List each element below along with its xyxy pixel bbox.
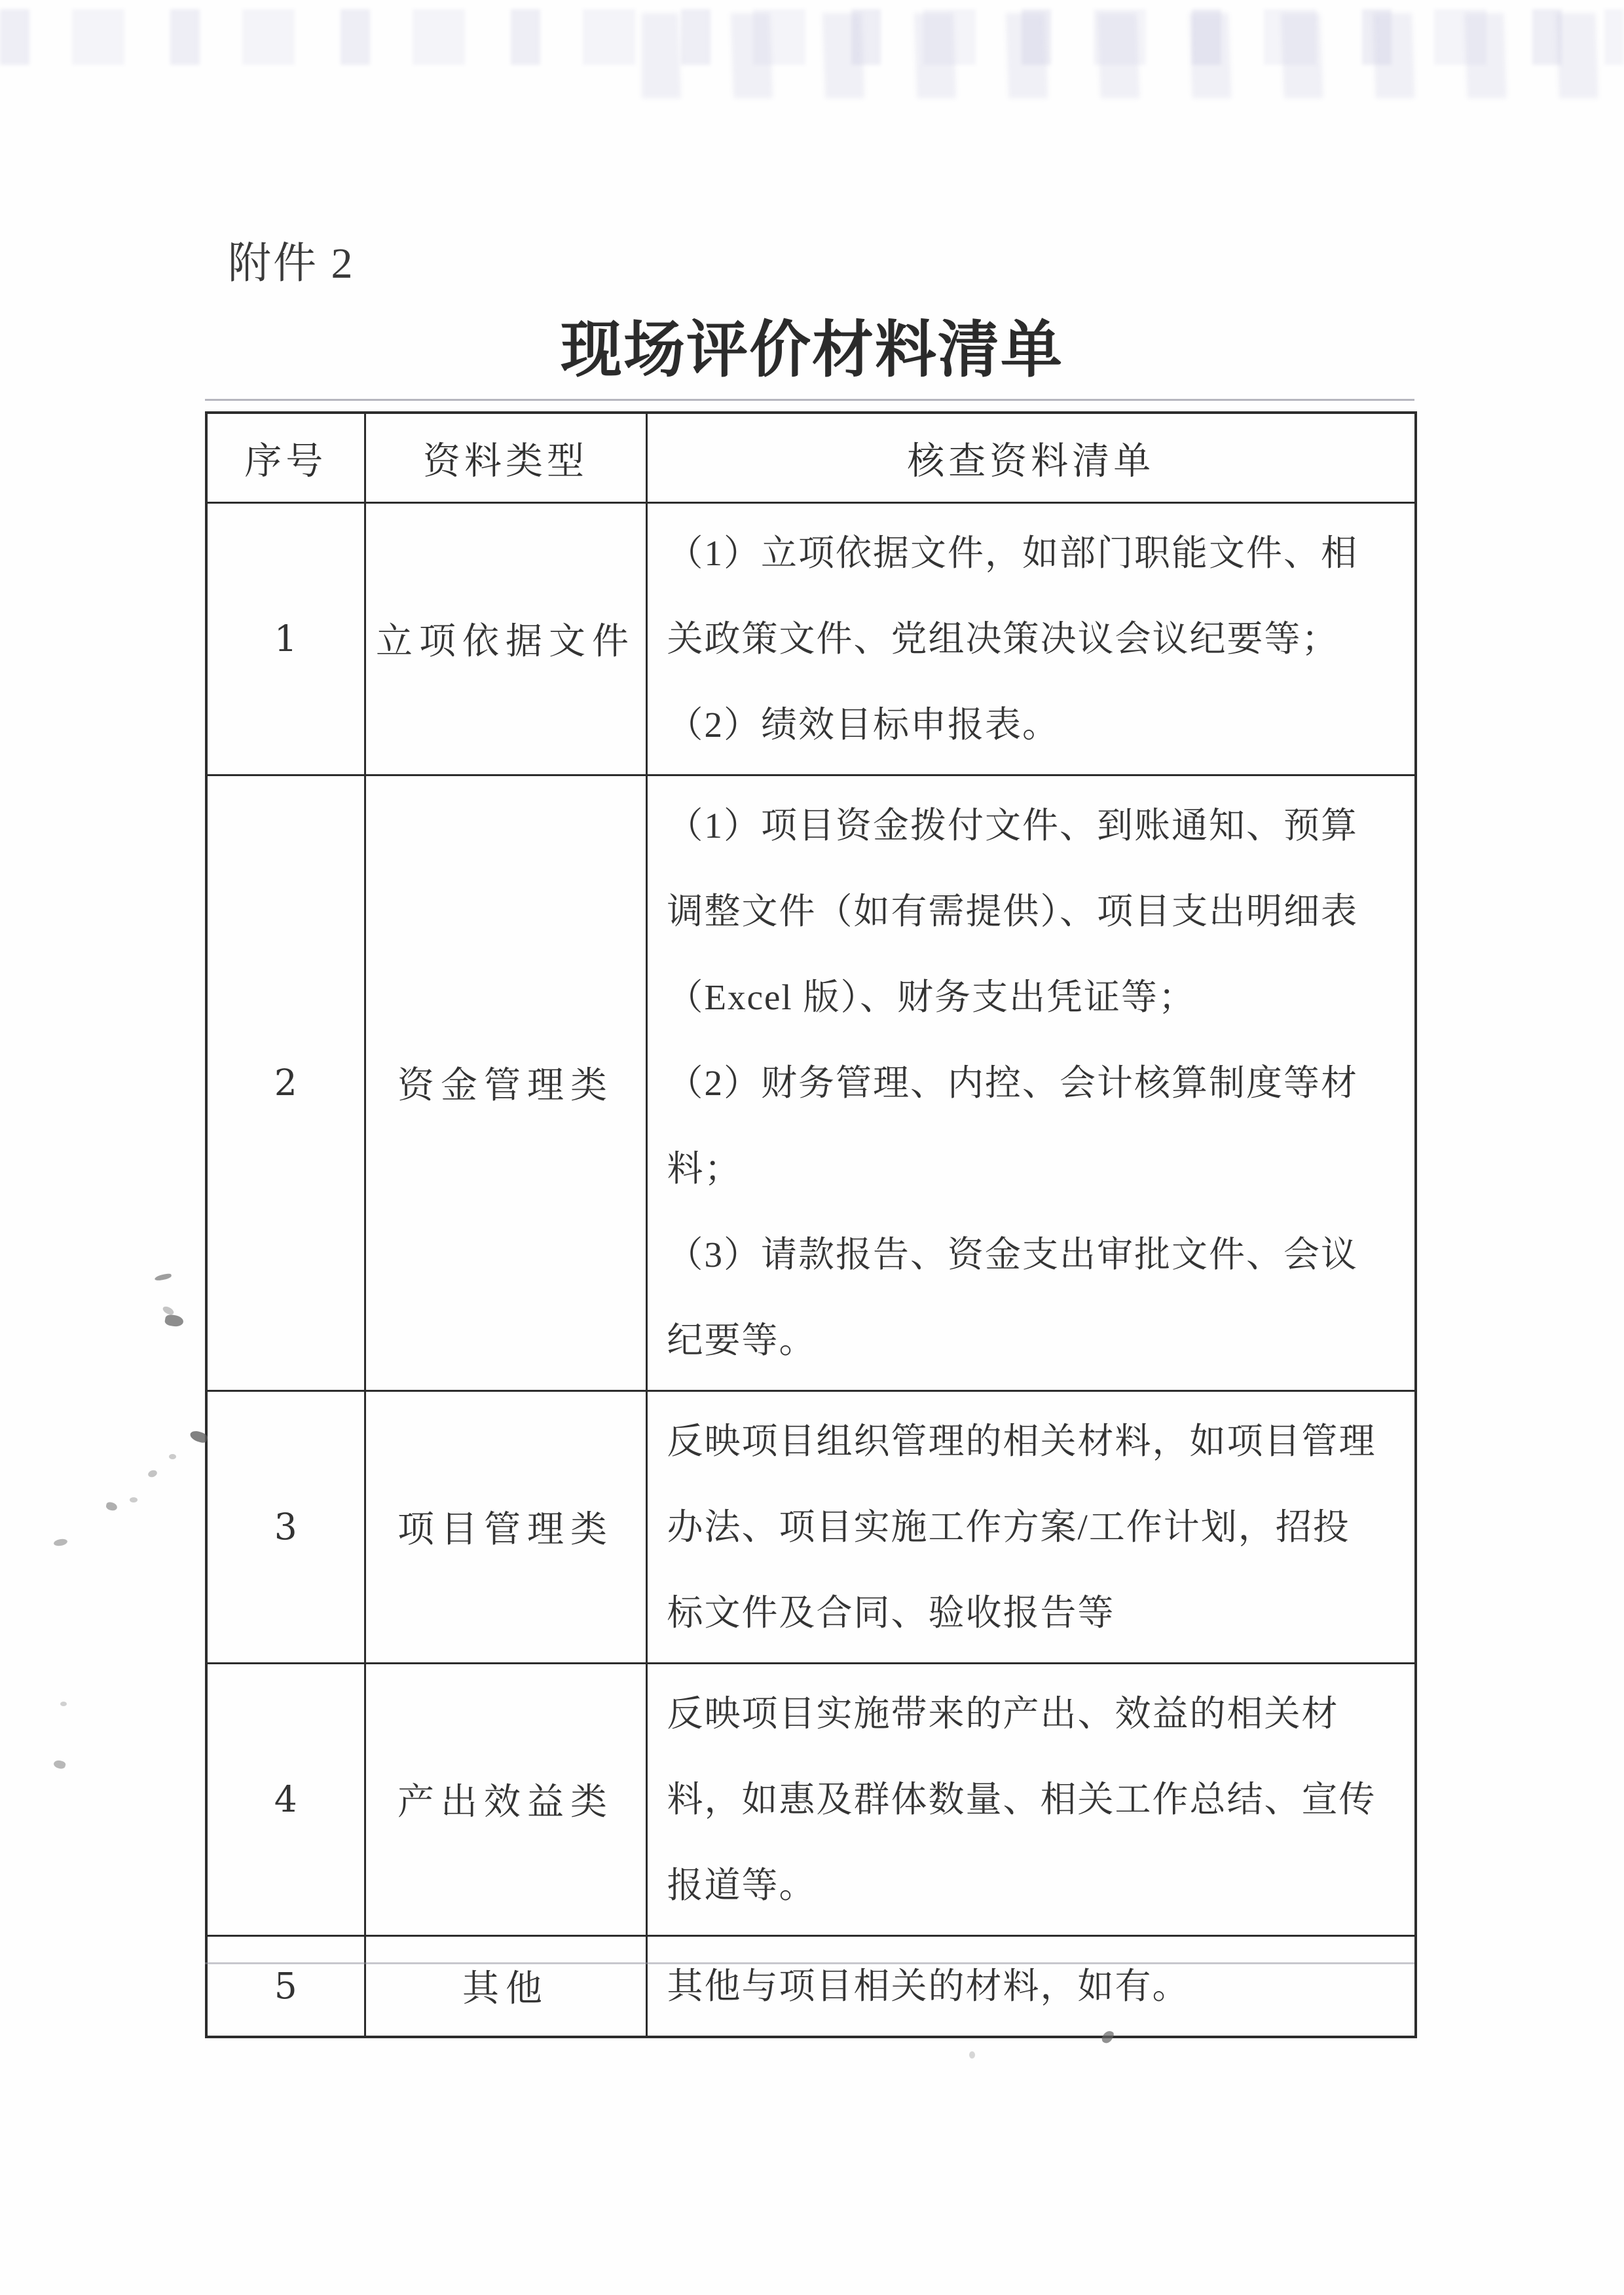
scan-speck	[969, 2051, 975, 2059]
cell-material-type: 项目管理类	[365, 1390, 646, 1663]
cell-checklist: 反映项目组织管理的相关材料，如项目管理办法、项目实施工作方案/工作计划，招投标文…	[646, 1390, 1416, 1663]
cell-material-type: 产出效益类	[365, 1663, 646, 1935]
table-bottom-scan-line	[205, 1962, 1414, 1964]
document-title: 现场评价材料清单	[0, 300, 1624, 388]
scan-noise-band	[642, 13, 1624, 98]
cell-material-type: 其他	[365, 1935, 646, 2037]
header-serial-number: 序号	[206, 413, 365, 502]
checklist-line: 其他与项目相关的材料，如有。	[667, 1943, 1403, 2029]
table-row: 1立项依据文件（1）立项依据文件，如部门职能文件、相关政策文件、党组决策决议会议…	[206, 502, 1416, 775]
cell-serial-number: 4	[206, 1663, 365, 1935]
attachment-label: 附件 2	[228, 228, 355, 290]
table-row: 2资金管理类（1）项目资金拨付文件、到账通知、预算调整文件（如有需提供）、项目支…	[206, 775, 1416, 1390]
table-row: 5其他其他与项目相关的材料，如有。	[206, 1935, 1416, 2037]
cell-serial-number: 1	[206, 502, 365, 775]
scan-speck	[130, 1497, 138, 1502]
checklist-line: 料；	[667, 1126, 1403, 1212]
scan-speck	[164, 1314, 185, 1328]
checklist-line: 关政策文件、党组决策决议会议纪要等；	[667, 596, 1403, 682]
checklist-line: （2）绩效目标申报表。	[667, 682, 1403, 768]
cell-material-type: 资金管理类	[365, 775, 646, 1390]
scan-speck	[60, 1702, 67, 1706]
scan-speck	[53, 1759, 67, 1770]
cell-checklist: 反映项目实施带来的产出、效益的相关材料，如惠及群体数量、相关工作总结、宣传报道等…	[646, 1663, 1416, 1935]
checklist-line: （1）立项依据文件，如部门职能文件、相	[667, 510, 1403, 596]
table-row: 3项目管理类反映项目组织管理的相关材料，如项目管理办法、项目实施工作方案/工作计…	[206, 1390, 1416, 1663]
table-top-scan-line	[205, 399, 1414, 401]
checklist-line: （3）请款报告、资金支出审批文件、会议	[667, 1212, 1403, 1297]
checklist-line: 标文件及合同、验收报告等	[667, 1570, 1403, 1656]
scan-speck	[154, 1273, 172, 1281]
cell-serial-number: 3	[206, 1390, 365, 1663]
cell-serial-number: 5	[206, 1935, 365, 2037]
checklist-line: 报道等。	[667, 1842, 1403, 1928]
checklist-line: （2）财务管理、内控、会计核算制度等材	[667, 1040, 1403, 1126]
checklist-line: 调整文件（如有需提供）、项目支出明细表	[667, 868, 1403, 954]
materials-table-body: 1立项依据文件（1）立项依据文件，如部门职能文件、相关政策文件、党组决策决议会议…	[206, 502, 1416, 2037]
checklist-line: （Excel 版）、财务支出凭证等；	[667, 954, 1403, 1040]
scan-speck	[105, 1501, 118, 1511]
checklist-line: 反映项目实施带来的产出、效益的相关材	[667, 1671, 1403, 1757]
document-page: 附件 2 现场评价材料清单 序号 资料类型 核查资料清单 1立项依据文件（1）立…	[0, 0, 1624, 2295]
header-checklist: 核查资料清单	[646, 413, 1416, 502]
cell-material-type: 立项依据文件	[365, 502, 646, 775]
checklist-line: 料，如惠及群体数量、相关工作总结、宣传	[667, 1757, 1403, 1842]
cell-checklist: （1）项目资金拨付文件、到账通知、预算调整文件（如有需提供）、项目支出明细表（E…	[646, 775, 1416, 1390]
checklist-line: 反映项目组织管理的相关材料，如项目管理	[667, 1398, 1403, 1484]
scan-speck	[147, 1469, 158, 1478]
cell-checklist: 其他与项目相关的材料，如有。	[646, 1935, 1416, 2037]
materials-table: 序号 资料类型 核查资料清单 1立项依据文件（1）立项依据文件，如部门职能文件、…	[205, 411, 1417, 2038]
checklist-line: （1）项目资金拨付文件、到账通知、预算	[667, 783, 1403, 868]
scan-speck	[169, 1454, 176, 1459]
cell-checklist: （1）立项依据文件，如部门职能文件、相关政策文件、党组决策决议会议纪要等；（2）…	[646, 502, 1416, 775]
checklist-line: 办法、项目实施工作方案/工作计划，招投	[667, 1484, 1403, 1570]
scan-speck	[53, 1538, 67, 1546]
scan-noise-band	[0, 9, 1624, 65]
cell-serial-number: 2	[206, 775, 365, 1390]
checklist-line: 纪要等。	[667, 1297, 1403, 1383]
table-header-row: 序号 资料类型 核查资料清单	[206, 413, 1416, 502]
scan-speck	[162, 1305, 175, 1316]
table-row: 4产出效益类反映项目实施带来的产出、效益的相关材料，如惠及群体数量、相关工作总结…	[206, 1663, 1416, 1935]
header-material-type: 资料类型	[365, 413, 646, 502]
